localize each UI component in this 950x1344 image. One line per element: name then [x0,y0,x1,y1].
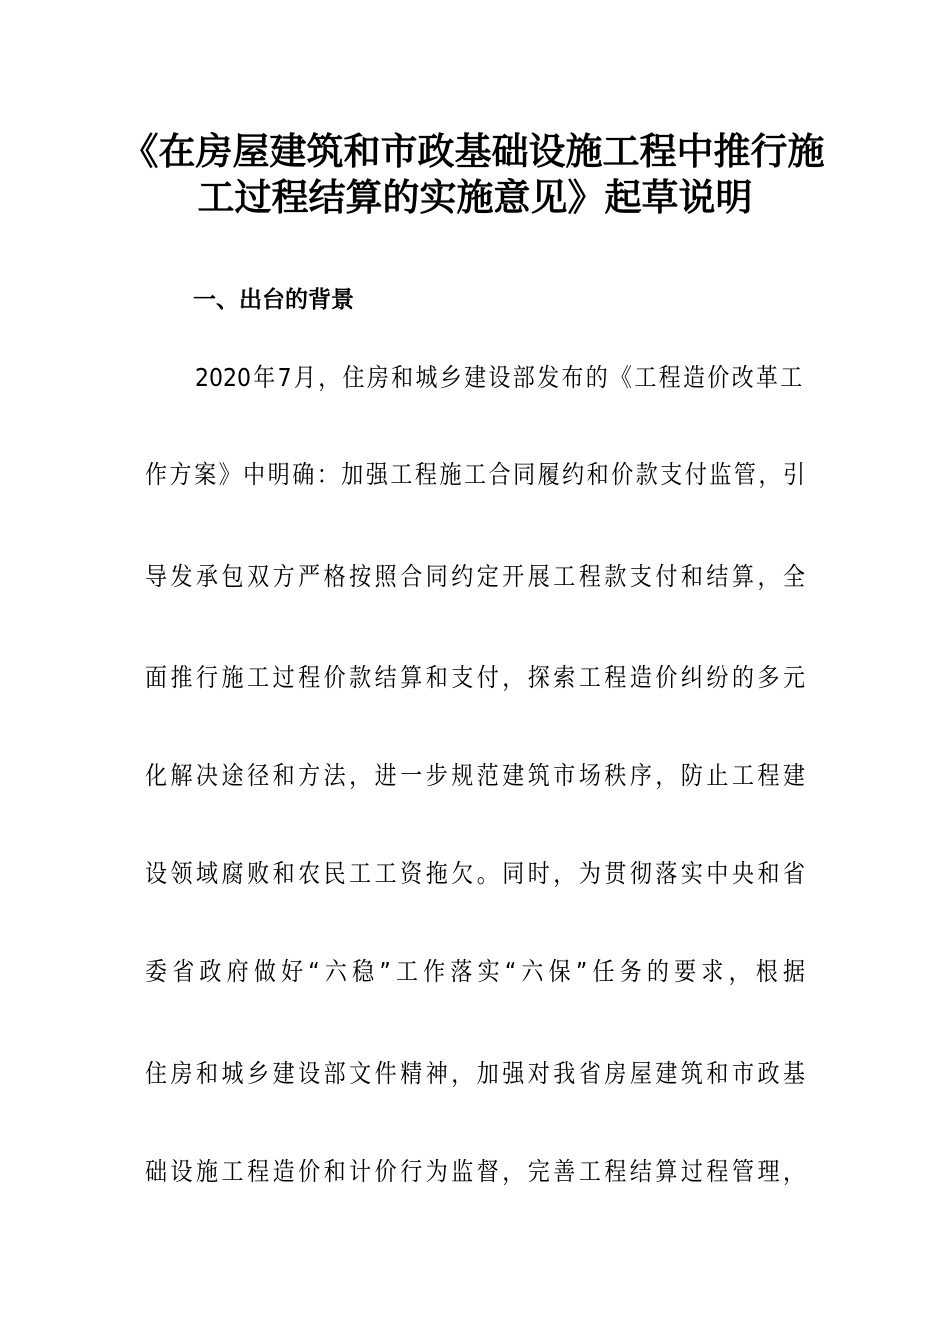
paragraph-line-9: 础设施工程造价和计价行为监督，完善工程结算过程管理， [145,1155,805,1189]
document-title-line-2: 工过程结算的实施意见》起草说明 [0,174,950,220]
paragraph-line-7: 委省政府做好“六稳”工作落实“六保”任务的要求，根据 [145,955,805,989]
paragraph-line-6: 设领域腐败和农民工工资拖欠。同时，为贯彻落实中央和省 [145,857,805,891]
paragraph-line-4: 面推行施工过程价款结算和支付，探索工程造价纠纷的多元 [145,661,805,695]
paragraph-line-3: 导发承包双方严格按照合同约定开展工程款支付和结算，全 [145,560,805,594]
document-title-line-1: 《在房屋建筑和市政基础设施工程中推行施 [0,128,948,174]
paragraph-line-5: 化解决途径和方法，进一步规范建筑市场秩序，防止工程建 [145,759,805,793]
paragraph-line-1: 2020年7月，住房和城乡建设部发布的《工程造价改革工 [195,361,802,395]
paragraph-line-2: 作方案》中明确：加强工程施工合同履约和价款支付监管，引 [145,458,805,492]
paragraph-line-8: 住房和城乡建设部文件精神，加强对我省房屋建筑和市政基 [145,1057,805,1091]
section-heading-background: 一、出台的背景 [193,284,354,316]
document-page: 《在房屋建筑和市政基础设施工程中推行施 工过程结算的实施意见》起草说明 一、出台… [0,0,950,1344]
